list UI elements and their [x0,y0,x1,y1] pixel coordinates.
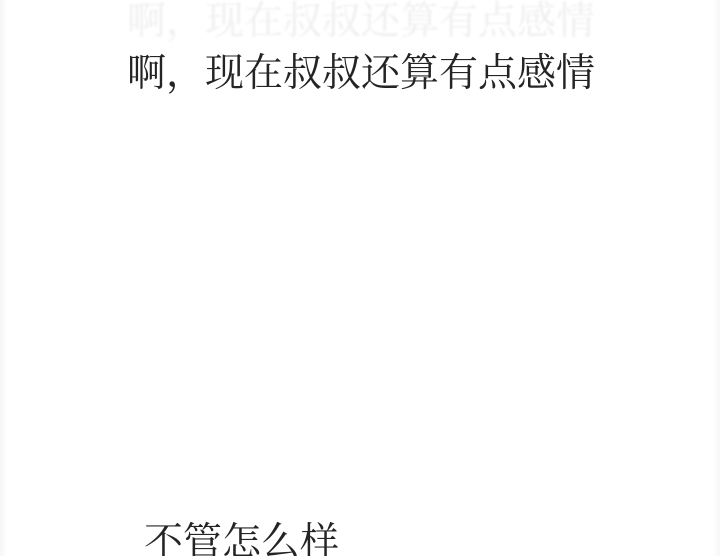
comic-page: 啊，现在叔叔还算有点感情 啊，现在叔叔还算有点感情 不管怎么样 [0,0,720,556]
caption-top: 啊，现在叔叔还算有点感情 [127,54,595,93]
right-page-edge [713,0,720,556]
left-page-edge [0,0,7,556]
caption-top-ghost-artifact: 啊，现在叔叔还算有点感情 [127,2,595,41]
caption-bottom-clipped: 不管怎么样 [144,523,339,556]
